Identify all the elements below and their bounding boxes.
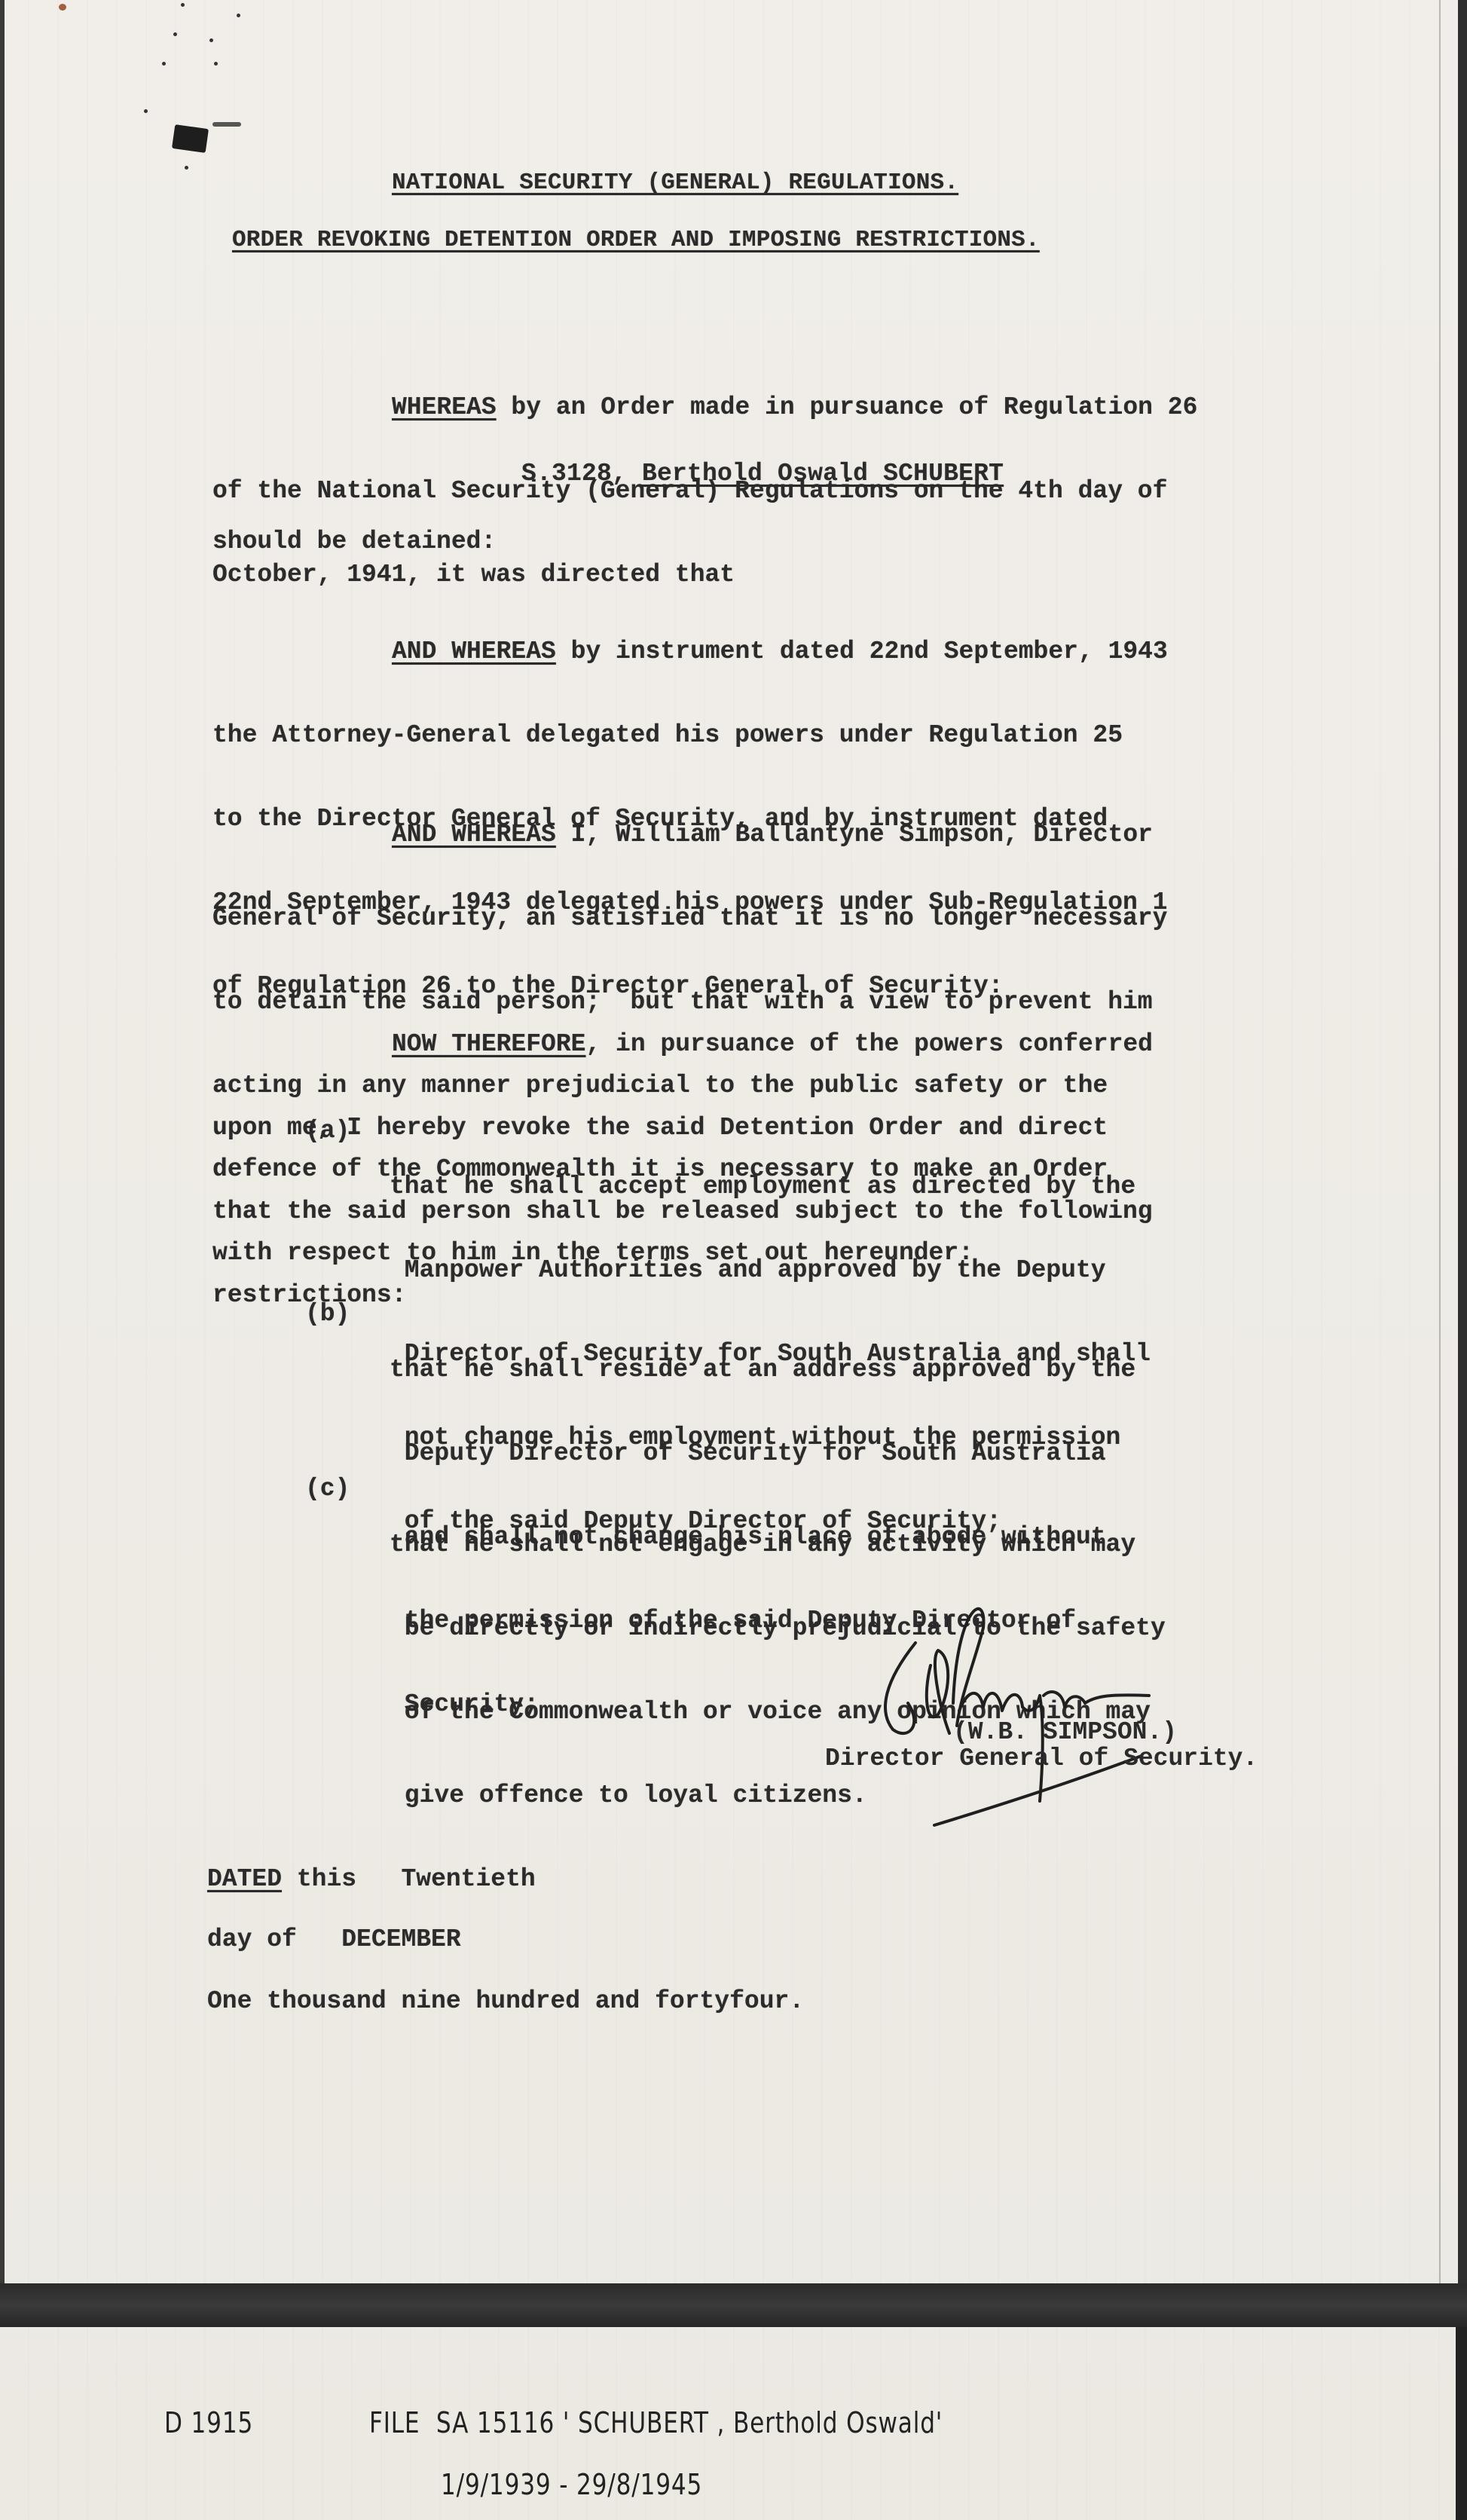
dated-label: DATED — [207, 1865, 282, 1893]
para3-line1: AND WHEREAS I, William Ballantyne Simpso… — [212, 821, 1388, 849]
day-of-label: day of — [207, 1925, 341, 1953]
month-line: day of DECEMBER — [207, 1925, 461, 1953]
para1-line1: WHEREAS by an Order made in pursuance of… — [212, 393, 1388, 421]
file-label: FILE SA 15116 ' SCHUBERT , Berthold Oswa… — [369, 2406, 943, 2439]
subject-name: Berthold Oswald SCHUBERT — [642, 460, 1004, 488]
para2-line2: the Attorney-General delegated his power… — [212, 721, 1388, 749]
detained-line: should be detained: — [212, 528, 1388, 555]
dated-day: Twentieth — [401, 1865, 535, 1893]
restriction-line: that he shall accept employment as direc… — [390, 1173, 1151, 1200]
restriction-line: that he shall reside at an address appro… — [390, 1356, 1135, 1384]
restriction-label: (b) — [305, 1300, 350, 1328]
speck — [185, 166, 188, 170]
dated-line: DATED this Twentieth — [207, 1865, 536, 1893]
speck — [162, 62, 166, 66]
signatory-name: (W.B. SIMPSON.) — [953, 1718, 1177, 1746]
restriction-line: Manpower Authorities and approved by the… — [390, 1256, 1151, 1284]
subject-number: S.3128, — [521, 460, 642, 488]
restriction-a: (a) that he shall accept employment as d… — [305, 1117, 335, 1200]
speck — [237, 14, 240, 17]
signatory-title: Director General of Security. — [825, 1745, 1258, 1772]
speck — [173, 32, 177, 36]
para3-text1: I, William Ballantyne Simpson, Director — [556, 821, 1153, 849]
ink-smudge — [212, 122, 241, 127]
year-line: One thousand nine hundred and fortyfour. — [207, 1987, 804, 2015]
para4-text1: , in pursuance of the powers conferred — [585, 1030, 1153, 1058]
restriction-b: (b) that he shall reside at an address a… — [305, 1300, 335, 1384]
restriction-label: (a) — [305, 1117, 350, 1145]
speck — [181, 3, 185, 7]
ink-blot — [172, 124, 209, 153]
handwritten-signature-icon — [825, 1575, 1368, 1846]
and-whereas-lead-2: AND WHEREAS — [392, 821, 556, 849]
document-heading: NATIONAL SECURITY (GENERAL) REGULATIONS. — [392, 169, 958, 197]
document-subheading: ORDER REVOKING DETENTION ORDER AND IMPOS… — [232, 226, 1040, 254]
paper-fold-line — [1439, 0, 1441, 2283]
signature-block: (W.B. SIMPSON.) Director General of Secu… — [825, 1575, 1368, 1846]
and-whereas-lead: AND WHEREAS — [392, 638, 556, 665]
lower-right-border — [1456, 2327, 1467, 2520]
scan-edge-left — [0, 0, 5, 2283]
para2-line1: AND WHEREAS by instrument dated 22nd Sep… — [212, 638, 1388, 665]
restriction-label: (c) — [305, 1475, 350, 1503]
subject-line: S.3128, Berthold Oswald SCHUBERT — [521, 460, 1004, 488]
speck — [214, 62, 218, 66]
para4-line1: NOW THEREFORE, in pursuance of the power… — [212, 1030, 1388, 1058]
file-ref-number: D 1915 — [164, 2406, 253, 2439]
speck — [209, 38, 213, 42]
whereas-lead: WHEREAS — [392, 393, 497, 421]
file-date-range: 1/9/1939 - 29/8/1945 — [441, 2468, 702, 2501]
now-therefore-lead: NOW THEREFORE — [392, 1030, 585, 1058]
speck — [144, 109, 148, 113]
restriction-line: Deputy Director of Security for South Au… — [390, 1439, 1135, 1467]
restriction-c: (c) that he shall not engage in any acti… — [305, 1475, 335, 1558]
scan-edge-right — [1458, 0, 1467, 2520]
para3-line2: General of Security, an satisfied that i… — [212, 904, 1388, 932]
restriction-line: that he shall not engage in any activity… — [390, 1531, 1166, 1558]
scan-divider-bar — [0, 2283, 1467, 2327]
dated-this: this — [282, 1865, 401, 1893]
rust-stain — [59, 4, 66, 11]
para2-text1: by instrument dated 22nd September, 1943 — [556, 638, 1168, 665]
para1-text1: by an Order made in pursuance of Regulat… — [497, 393, 1198, 421]
dated-month: DECEMBER — [341, 1925, 460, 1953]
